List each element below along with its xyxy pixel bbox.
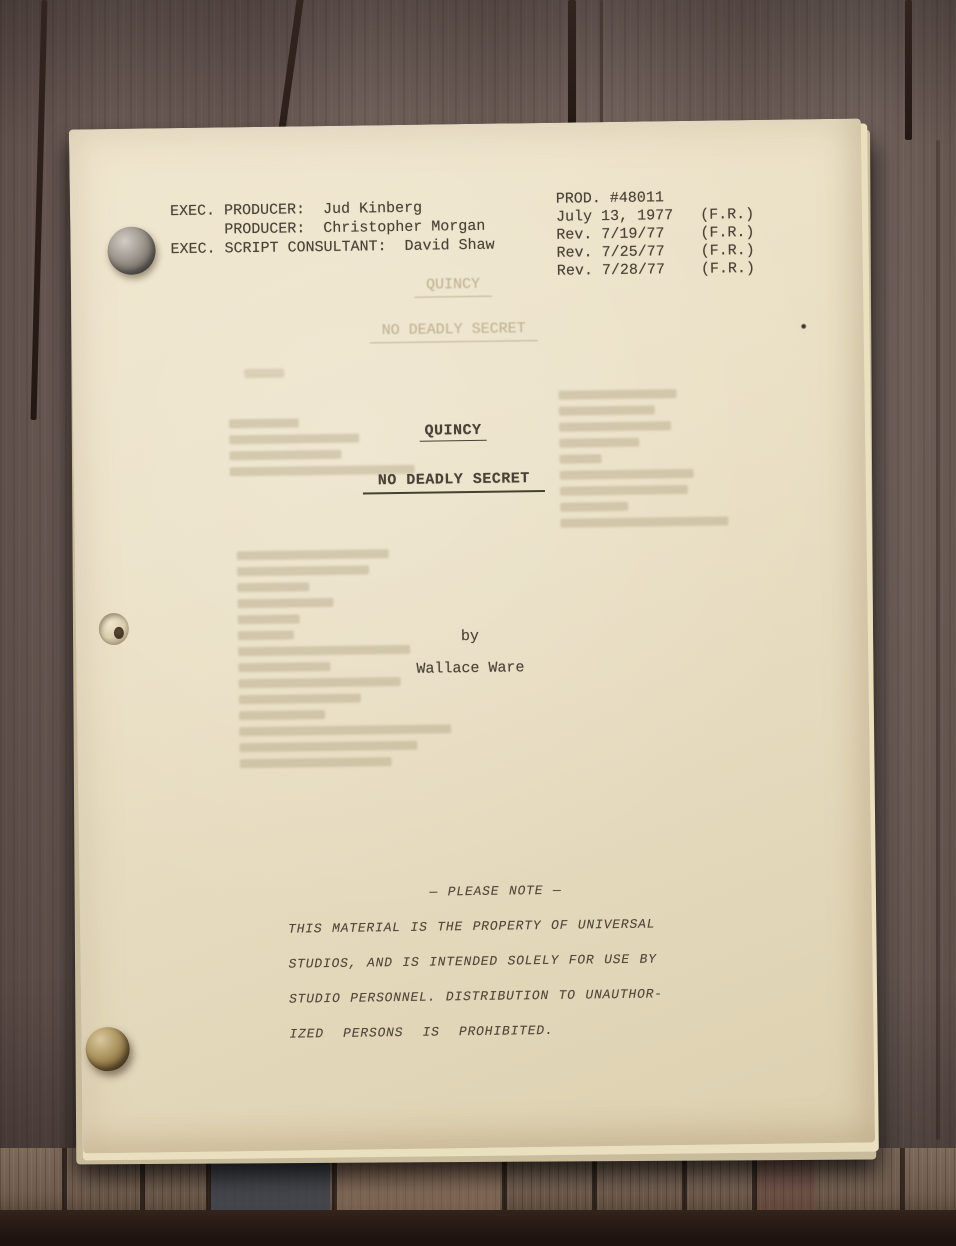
plank-gap (936, 140, 940, 1140)
brad-fastener-bottom (85, 1027, 130, 1072)
plank-end-gap (900, 1148, 905, 1212)
bleedthrough-subtitle: NO DEADLY SECRET (370, 320, 538, 339)
author-name: Wallace Ware (416, 658, 524, 679)
property-notice: — PLEASE NOTE — THIS MATERIAL IS THE PRO… (287, 871, 705, 1052)
bleedthrough-title-text: QUINCY (414, 276, 492, 298)
plank-gap (905, 0, 912, 140)
notice-heading: — PLEASE NOTE — (287, 871, 703, 912)
byline: by (461, 627, 479, 646)
ink-speck (801, 323, 807, 329)
series-title-text: QUINCY (419, 422, 486, 442)
punched-hole-middle (99, 613, 129, 645)
bleedthrough-subtitle-text: NO DEADLY SECRET (370, 320, 538, 343)
series-title: QUINCY (419, 421, 486, 441)
notice-body: THIS MATERIAL IS THE PROPERTY OF UNIVERS… (288, 906, 706, 1052)
brad-fastener-top (107, 226, 156, 275)
episode-title-text: NO DEADLY SECRET (363, 470, 545, 495)
script-cover-page: QUINCY NO DEADLY SECRET EXEC. PRODUCER: … (69, 119, 875, 1154)
credits-right: PROD. #48011 July 13, 1977 (F.R.) Rev. 7… (556, 188, 755, 281)
bleedthrough-cast-block-right (559, 388, 729, 534)
hole-shadow (114, 627, 124, 639)
script-stack: QUINCY NO DEADLY SECRET EXEC. PRODUCER: … (69, 119, 875, 1158)
bleedthrough-title: QUINCY (414, 276, 492, 294)
bottom-plank-shadow (0, 1210, 956, 1246)
plank-end-gap (62, 1148, 67, 1212)
credits-left: EXEC. PRODUCER: Jud Kinberg PRODUCER: Ch… (170, 198, 495, 260)
bleedthrough-smudge (244, 369, 284, 386)
episode-title: NO DEADLY SECRET (363, 469, 545, 491)
